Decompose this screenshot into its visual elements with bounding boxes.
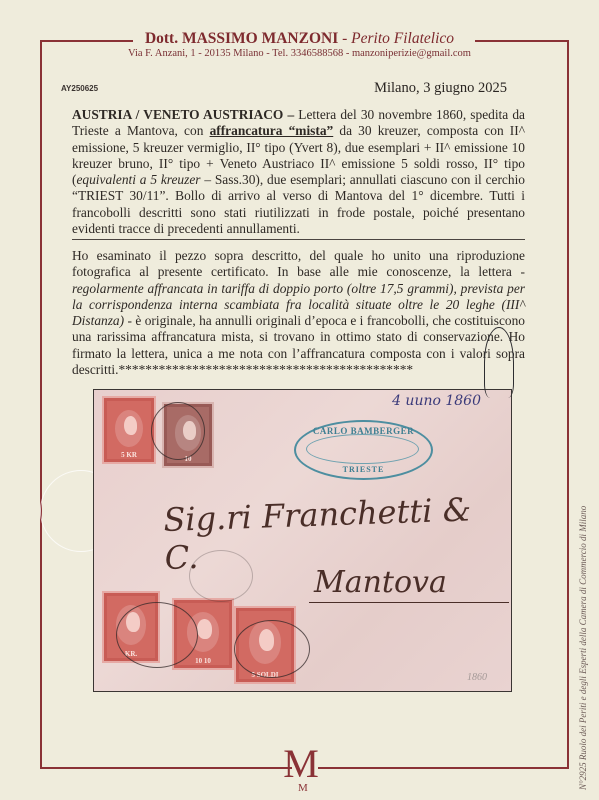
- letter-photo: 4 uuno 1860 5 KR 10 CARLO BAMBERGER TRIE…: [93, 389, 512, 692]
- item-subject: AUSTRIA / VENETO AUSTRIACO –: [72, 107, 294, 122]
- monogram-logo: MM: [277, 744, 325, 784]
- faint-cancel: [189, 550, 253, 602]
- triest-cancel: [151, 402, 205, 460]
- registration-note: N°2925 Ruolo dei Periti e degli Esperti …: [578, 506, 588, 790]
- expert-statement: Ho esaminato il pezzo sopra descritto, d…: [72, 248, 525, 378]
- expert-title: - Perito Filatelico: [338, 30, 454, 47]
- expert-name-line: Dott. MASSIMO MANZONI - Perito Filatelic…: [0, 30, 599, 47]
- pencil-annotation: 1860: [467, 672, 487, 683]
- date-annotation: 4 uuno 1860: [392, 393, 481, 409]
- letterhead: Dott. MASSIMO MANZONI - Perito Filatelic…: [0, 30, 599, 60]
- portrait-icon: [197, 619, 212, 639]
- stamp-5-kreuzer-1: 5 KR: [104, 398, 154, 462]
- asterisk-fill: ****************************************…: [118, 362, 413, 377]
- destination-city: Mantova: [314, 565, 447, 600]
- expert-address: Via F. Anzani, 1 - 20135 Milano - Tel. 3…: [0, 47, 599, 60]
- frame-bottom-left: [40, 767, 292, 769]
- expert-signature: [484, 327, 514, 398]
- item-description: AUSTRIA / VENETO AUSTRIACO – Lettera del…: [72, 107, 525, 237]
- triest-cancel: [234, 620, 310, 678]
- franking-emphasis: affrancatura “mista”: [210, 123, 334, 138]
- triest-cancel: [116, 602, 198, 668]
- sender-handstamp: CARLO BAMBERGER TRIESTE: [294, 420, 433, 480]
- place-date: Milano, 3 giugno 2025: [374, 80, 507, 97]
- portrait-icon: [124, 416, 137, 435]
- frame-bottom-right: [318, 767, 569, 769]
- expert-name: Dott. MASSIMO MANZONI: [145, 30, 338, 47]
- section-divider: [72, 239, 525, 240]
- frame-right: [567, 40, 569, 769]
- certificate-id: AY250625: [61, 84, 98, 93]
- frame-left: [40, 40, 42, 769]
- city-underline: [309, 602, 509, 603]
